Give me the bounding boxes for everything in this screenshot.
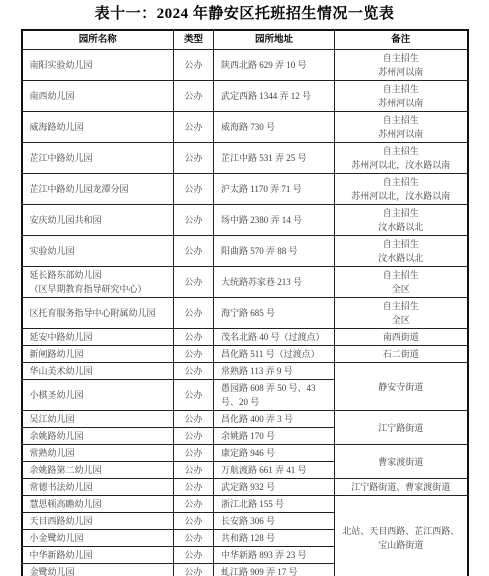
remark-line: 江宁路街道 [339,421,463,435]
remark-line: 自主招生 [339,299,463,313]
remark-cell: 江宁路街道、曹家渡街道 [335,479,468,496]
header-type: 类型 [174,30,214,50]
kindergarten-name-line: 南阳实验幼儿园 [30,58,170,72]
type-cell: 公办 [174,81,214,112]
kindergarten-name-line: 延安中路幼儿园 [30,330,170,344]
kindergarten-name-line: 常熟幼儿园 [30,446,170,460]
kindergarten-name-cell: 吴江幼儿园 [22,411,174,428]
table-body: 南阳实验幼儿园公办陕西北路 629 弄 10 号自主招生苏州河以南南西幼儿园公办… [22,50,468,576]
table-row: 芷江中路幼儿园龙潭分园公办沪太路 1170 弄 71 号自主招生苏州河以北，汶水… [22,174,468,205]
kindergarten-name-line: 安庆幼儿园共和园 [30,213,170,227]
remark-cell: 自主招生全区 [335,267,468,298]
remark-cell: 曹家渡街道 [335,445,468,479]
remark-cell: 石二街道 [335,346,468,363]
kindergarten-name-cell: 慧思顿高瞻幼儿园 [22,496,174,513]
kindergarten-name-cell: 延长路东部幼儿园（区早期教育指导研究中心） [22,267,174,298]
remark-cell: 自主招生全区 [335,298,468,329]
kindergarten-name-cell: 延安中路幼儿园 [22,329,174,346]
kindergarten-name-cell: 常熟幼儿园 [22,445,174,462]
remark-line: 全区 [339,282,463,296]
remark-cell: 自主招生苏州河以南 [335,50,468,81]
table-row: 南阳实验幼儿园公办陕西北路 629 弄 10 号自主招生苏州河以南 [22,50,468,81]
kindergarten-name-cell: 实验幼儿园 [22,236,174,267]
table-row: 威海路幼儿园公办威海路 730 号自主招生苏州河以南 [22,112,468,143]
kindergarten-name-cell: 常德书法幼儿园 [22,479,174,496]
type-cell: 公办 [174,143,214,174]
kindergarten-name-cell: 中华新路幼儿园 [22,547,174,564]
address-cell: 常熟路 113 弄 9 号 [214,363,335,380]
remark-line: 曹家渡街道 [339,455,463,469]
remark-line: 静安寺街道 [339,380,463,394]
remark-cell: 自主招生汶水路以北 [335,236,468,267]
type-cell: 公办 [174,363,214,380]
remark-line: 宝山路街道 [339,538,463,552]
address-cell: 茂名北路 40 号（过渡点） [214,329,335,346]
remark-line: 自主招生 [339,237,463,251]
remark-line: 苏州河以南 [339,96,463,110]
remark-cell: 江宁路街道 [335,411,468,445]
address-cell: 共和路 128 号 [214,530,335,547]
address-cell: 陕西北路 629 弄 10 号 [214,50,335,81]
table-row: 常熟幼儿园公办康定路 946 号曹家渡街道 [22,445,468,462]
kindergarten-name-cell: 芷江中路幼儿园 [22,143,174,174]
kindergarten-name-cell: 芷江中路幼儿园龙潭分园 [22,174,174,205]
kindergarten-name-line: 金鹭幼儿园 [30,565,170,576]
address-cell: 场中路 2380 弄 14 号 [214,205,335,236]
remark-line: 江宁路街道、曹家渡街道 [339,480,463,494]
type-cell: 公办 [174,462,214,479]
type-cell: 公办 [174,547,214,564]
table-row: 区托育服务指导中心附属幼儿园公办海宁路 685 号自主招生全区 [22,298,468,329]
kindergarten-name-cell: 华山美术幼儿园 [22,363,174,380]
kindergarten-name-cell: 新闸路幼儿园 [22,346,174,363]
remark-cell: 静安寺街道 [335,363,468,411]
table-row: 延安中路幼儿园公办茂名北路 40 号（过渡点）南西街道 [22,329,468,346]
address-cell: 万航渡路 661 弄 41 号 [214,462,335,479]
header-address: 园所地址 [214,30,335,50]
remark-line: 自主招生 [339,144,463,158]
type-cell: 公办 [174,479,214,496]
address-cell: 昌化路 400 弄 3 号 [214,411,335,428]
table-row: 实验幼儿园公办阳曲路 570 弄 88 号自主招生汶水路以北 [22,236,468,267]
type-cell: 公办 [174,174,214,205]
type-cell: 公办 [174,346,214,363]
address-cell: 浙江北路 155 号 [214,496,335,513]
document-page: 表十一：2024 年静安区托班招生情况一览表 园所名称 类型 园所地址 备注 南… [0,0,489,576]
kindergarten-name-cell: 安庆幼儿园共和园 [22,205,174,236]
remark-line: 自主招生 [339,113,463,127]
type-cell: 公办 [174,329,214,346]
remark-line: 自主招生 [339,206,463,220]
kindergarten-name-cell: 南阳实验幼儿园 [22,50,174,81]
kindergarten-name-cell: 区托育服务指导中心附属幼儿园 [22,298,174,329]
remark-cell: 自主招生苏州河以南 [335,112,468,143]
type-cell: 公办 [174,236,214,267]
remark-cell: 北站、天目西路、芷江西路、宝山路街道 [335,496,468,576]
kindergarten-name-cell: 南西幼儿园 [22,81,174,112]
type-cell: 公办 [174,564,214,576]
header-kindergarten-name: 园所名称 [22,30,174,50]
type-cell: 公办 [174,445,214,462]
address-cell: 昌化路 511 号（过渡点） [214,346,335,363]
remark-line: 自主招生 [339,268,463,282]
page-title: 表十一：2024 年静安区托班招生情况一览表 [0,4,489,24]
header-remark: 备注 [335,30,468,50]
remark-cell: 自主招生苏州河以北，汶水路以南 [335,143,468,174]
kindergarten-name-cell: 余姚路第二幼儿园 [22,462,174,479]
type-cell: 公办 [174,112,214,143]
table-header: 园所名称 类型 园所地址 备注 [22,30,468,50]
table-row: 华山美术幼儿园公办常熟路 113 弄 9 号静安寺街道 [22,363,468,380]
kindergarten-name-cell: 天目西路幼儿园 [22,513,174,530]
kindergarten-name-cell: 余姚路幼儿园 [22,428,174,445]
address-cell: 虬江路 909 弄 17 号 [214,564,335,576]
table-row: 慧思顿高瞻幼儿园公办浙江北路 155 号北站、天目西路、芷江西路、宝山路街道 [22,496,468,513]
type-cell: 公办 [174,496,214,513]
address-cell: 芷江中路 531 弄 25 号 [214,143,335,174]
type-cell: 公办 [174,50,214,81]
kindergarten-name-line: 实验幼儿园 [30,244,170,258]
type-cell: 公办 [174,267,214,298]
kindergarten-name-line: 芷江中路幼儿园 [30,151,170,165]
remark-line: 苏州河以北，汶水路以南 [339,189,463,203]
kindergarten-name-cell: 小棋圣幼儿园 [22,380,174,411]
remark-cell: 自主招生苏州河以南 [335,81,468,112]
header-row: 园所名称 类型 园所地址 备注 [22,30,468,50]
type-cell: 公办 [174,411,214,428]
enrollment-table: 园所名称 类型 园所地址 备注 南阳实验幼儿园公办陕西北路 629 弄 10 号… [21,29,469,576]
kindergarten-name-cell: 小金鹭幼儿园 [22,530,174,547]
table-row: 安庆幼儿园共和园公办场中路 2380 弄 14 号自主招生汶水路以北 [22,205,468,236]
kindergarten-name-line: 南西幼儿园 [30,89,170,103]
remark-line: 北站、天目西路、芷江西路、 [339,524,463,538]
address-cell: 阳曲路 570 弄 88 号 [214,236,335,267]
address-cell: 康定路 946 号 [214,445,335,462]
address-cell: 武定西路 1344 弄 12 号 [214,81,335,112]
remark-line: 南西街道 [339,330,463,344]
table-row: 吴江幼儿园公办昌化路 400 弄 3 号江宁路街道 [22,411,468,428]
remark-cell: 自主招生汶水路以北 [335,205,468,236]
kindergarten-name-line: 威海路幼儿园 [30,120,170,134]
remark-line: 汶水路以北 [339,220,463,234]
address-cell: 长安路 306 号 [214,513,335,530]
kindergarten-name-line: 常德书法幼儿园 [30,480,170,494]
kindergarten-name-line: 小金鹭幼儿园 [30,531,170,545]
kindergarten-name-line: 慧思顿高瞻幼儿园 [30,497,170,511]
address-cell: 威海路 730 号 [214,112,335,143]
remark-line: 自主招生 [339,51,463,65]
kindergarten-name-cell: 金鹭幼儿园 [22,564,174,576]
remark-line: 自主招生 [339,82,463,96]
remark-line: 苏州河以北，汶水路以南 [339,158,463,172]
address-cell: 愚园路 608 弄 50 号、43 号、20 号 [214,380,335,411]
kindergarten-name-line: 延长路东部幼儿园 [30,268,170,282]
type-cell: 公办 [174,513,214,530]
address-cell: 余姚路 170 号 [214,428,335,445]
kindergarten-name-line: 吴江幼儿园 [30,412,170,426]
kindergarten-name-line: 小棋圣幼儿园 [30,388,170,402]
table-row: 常德书法幼儿园公办武定路 932 号江宁路街道、曹家渡街道 [22,479,468,496]
remark-line: 苏州河以南 [339,65,463,79]
kindergarten-name-line: 天目西路幼儿园 [30,514,170,528]
kindergarten-name-line: （区早期教育指导研究中心） [30,282,170,296]
remark-cell: 自主招生苏州河以北，汶水路以南 [335,174,468,205]
kindergarten-name-line: 区托育服务指导中心附属幼儿园 [30,306,170,320]
type-cell: 公办 [174,205,214,236]
table-row: 南西幼儿园公办武定西路 1344 弄 12 号自主招生苏州河以南 [22,81,468,112]
type-cell: 公办 [174,380,214,411]
type-cell: 公办 [174,428,214,445]
kindergarten-name-cell: 威海路幼儿园 [22,112,174,143]
table-row: 新闸路幼儿园公办昌化路 511 号（过渡点）石二街道 [22,346,468,363]
remark-line: 汶水路以北 [339,251,463,265]
remark-cell: 南西街道 [335,329,468,346]
kindergarten-name-line: 余姚路第二幼儿园 [30,463,170,477]
address-cell: 沪太路 1170 弄 71 号 [214,174,335,205]
kindergarten-name-line: 芷江中路幼儿园龙潭分园 [30,182,170,196]
address-cell: 武定路 932 号 [214,479,335,496]
kindergarten-name-line: 中华新路幼儿园 [30,548,170,562]
address-cell: 大统路苏家巷 213 号 [214,267,335,298]
address-cell: 海宁路 685 号 [214,298,335,329]
table-row: 延长路东部幼儿园（区早期教育指导研究中心）公办大统路苏家巷 213 号自主招生全… [22,267,468,298]
table-row: 芷江中路幼儿园公办芷江中路 531 弄 25 号自主招生苏州河以北，汶水路以南 [22,143,468,174]
kindergarten-name-line: 新闸路幼儿园 [30,347,170,361]
remark-line: 石二街道 [339,347,463,361]
type-cell: 公办 [174,298,214,329]
kindergarten-name-line: 余姚路幼儿园 [30,429,170,443]
remark-line: 自主招生 [339,175,463,189]
remark-line: 苏州河以南 [339,127,463,141]
kindergarten-name-line: 华山美术幼儿园 [30,364,170,378]
type-cell: 公办 [174,530,214,547]
address-cell: 中华新路 893 弄 23 号 [214,547,335,564]
remark-line: 全区 [339,313,463,327]
